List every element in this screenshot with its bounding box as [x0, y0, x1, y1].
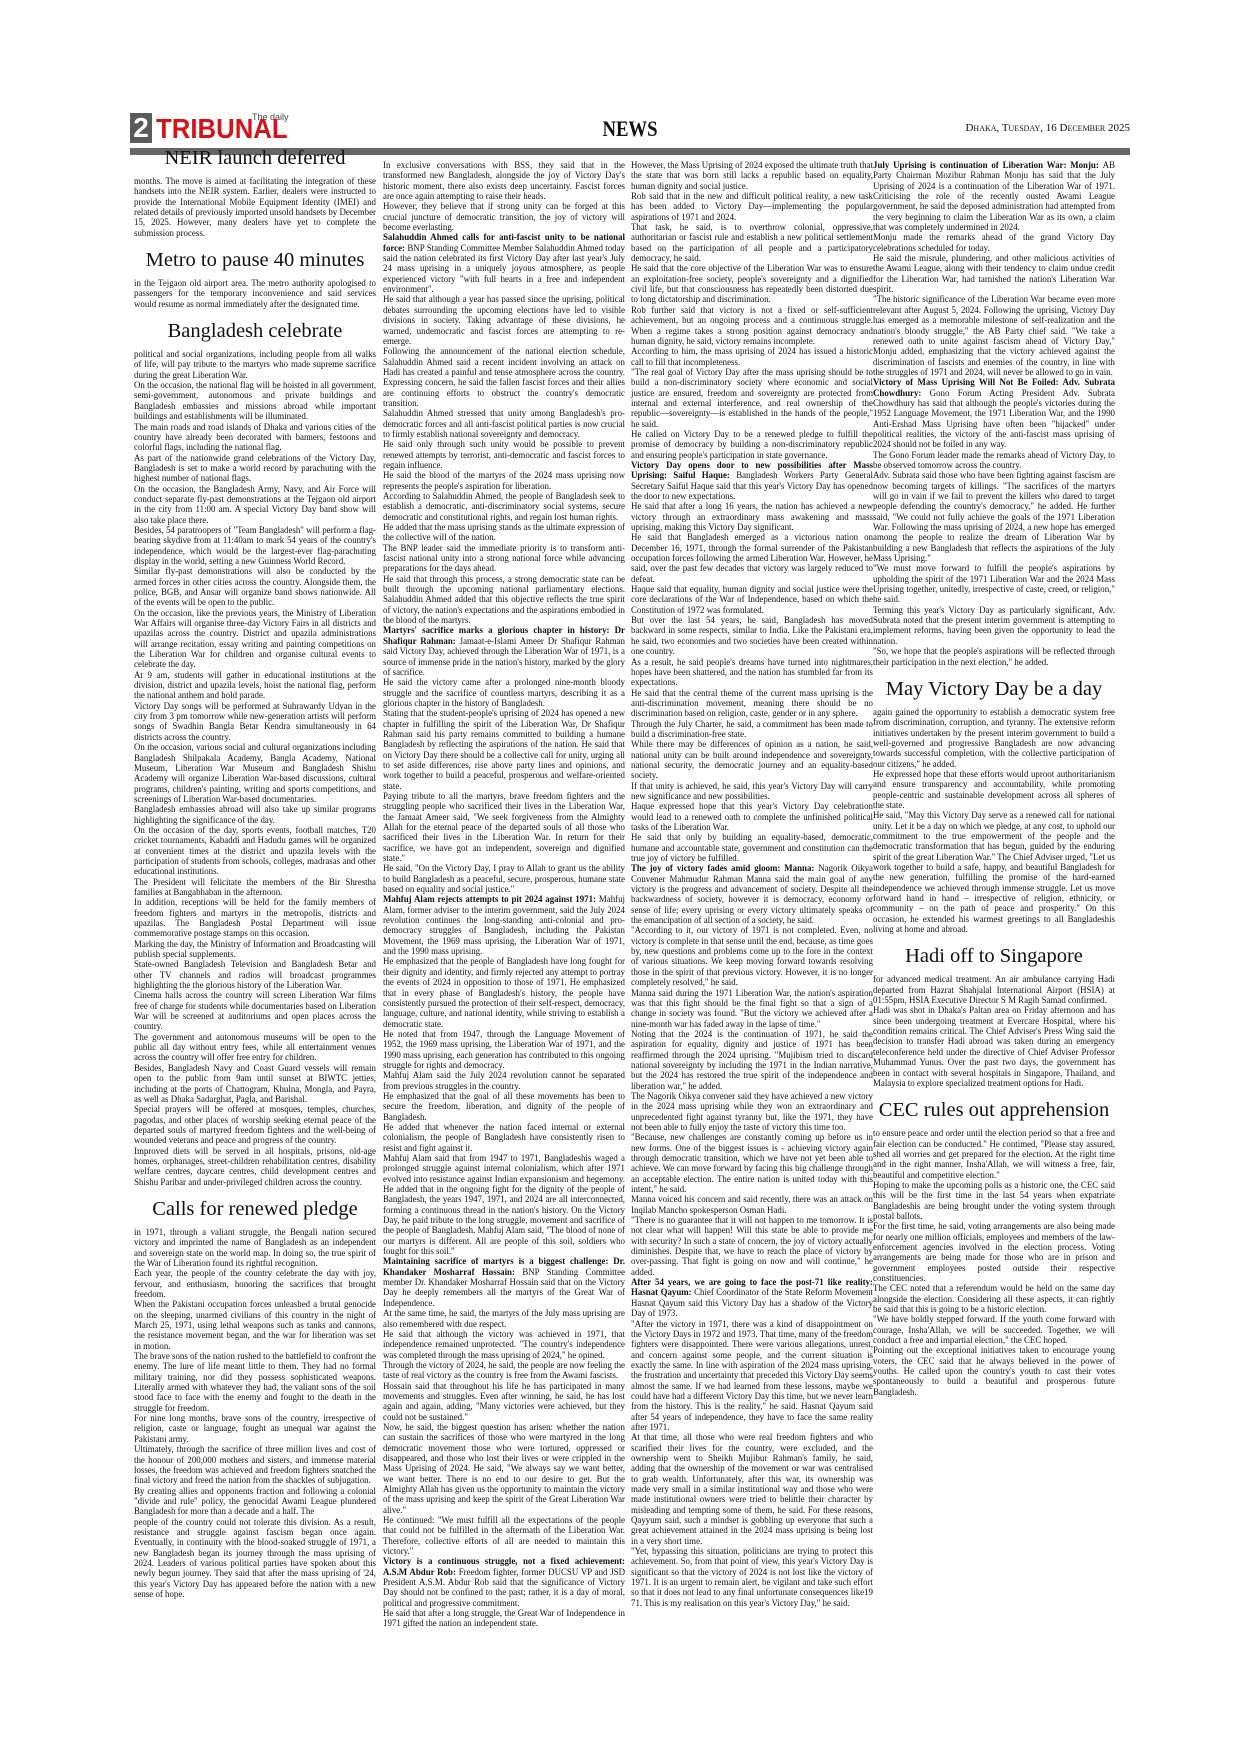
- article-paragraph: again gained the opportunity to establis…: [873, 707, 1115, 769]
- article-paragraph: "Because, new challenges are constantly …: [631, 1132, 873, 1194]
- article-paragraph: Mahfuj Alam rejects attempts to pit 2024…: [383, 894, 625, 956]
- column-3: However, the Mass Uprising of 2024 expos…: [631, 160, 873, 1608]
- article-paragraph: in 1971, through a valiant struggle, the…: [134, 1227, 376, 1268]
- article-paragraph: As a result, he said people's dreams hav…: [631, 657, 873, 688]
- article-paragraph: For nine long months, brave sons of the …: [134, 1413, 376, 1444]
- article-paragraph: On the occasion of the day, sports event…: [134, 825, 376, 877]
- article-paragraph: He expressed hope that these efforts wou…: [873, 769, 1115, 810]
- article-paragraph: Besides, Bangladesh Navy and Coast Guard…: [134, 1063, 376, 1104]
- article-paragraph: Salahuddin Ahmed stressed that unity amo…: [383, 408, 625, 439]
- article-headline: Calls for renewed pledge: [134, 1197, 376, 1221]
- article-paragraph: Besides, 54 paratroopers of "Team Bangla…: [134, 525, 376, 566]
- article-paragraph: He continued: "We must fulfill all the e…: [383, 1515, 625, 1556]
- article-paragraph: Noting that the 2024 is the continuation…: [631, 1029, 873, 1091]
- article-paragraph: He said only through such unity would be…: [383, 439, 625, 470]
- subhead: July Uprising is continuation of Liberat…: [873, 160, 1103, 170]
- article-paragraph: Mahfuj Alam said the July 2024 revolutio…: [383, 1070, 625, 1091]
- article-paragraph: The BNP leader said the immediate priori…: [383, 543, 625, 574]
- article-paragraph: He said that after a long 16 years, the …: [631, 501, 873, 532]
- article-paragraph: He said that only by building an equalit…: [631, 832, 873, 863]
- article-paragraph: Rob further said that victory is not a f…: [631, 305, 873, 346]
- article-paragraph: Improved diets will be served in all hos…: [134, 1146, 376, 1187]
- article-paragraph: He said the blood of the martyrs of the …: [383, 470, 625, 491]
- article-paragraph: Bangladesh embassies abroad will also ta…: [134, 804, 376, 825]
- article-paragraph: Martyrs' sacrifice marks a glorious chap…: [383, 625, 625, 677]
- column-2: In exclusive conversations with BSS, the…: [383, 160, 625, 1629]
- article-paragraph: But over the last 54 years, he said, Ban…: [631, 615, 873, 656]
- article-paragraph: Through the July Charter, he said, a com…: [631, 719, 873, 740]
- article-paragraph: State-owned Bangladesh Television and Ba…: [134, 959, 376, 990]
- article-paragraph: That task, he said, is to overthrow colo…: [631, 222, 873, 263]
- article-paragraph: people of the country could not tolerate…: [134, 1517, 376, 1600]
- article-paragraph: He emphasized that the goal of all these…: [383, 1091, 625, 1122]
- dateline: Dhaka, Tuesday, 16 December 2025: [965, 122, 1130, 134]
- masthead: 2 The daily TRIBUNAL NEWS Dhaka, Tuesday…: [130, 108, 1130, 148]
- article-paragraph: Rob said that in the new and difficult p…: [631, 191, 873, 222]
- article-paragraph: The President will felicitate the member…: [134, 877, 376, 898]
- article-paragraph: On the occasion, like the previous years…: [134, 608, 376, 670]
- section-title: NEWS: [205, 116, 1055, 142]
- article-paragraph: Terming this year's Victory Day as parti…: [873, 605, 1115, 646]
- article-paragraph: Adv. Subrata said those who have been fi…: [873, 470, 1115, 563]
- article-paragraph: On the occasion, the Bangladesh Army, Na…: [134, 484, 376, 525]
- article-paragraph: in the Tejgaon old airport area. The met…: [134, 278, 376, 309]
- article-paragraph: Each year, the people of the country cel…: [134, 1268, 376, 1299]
- article-paragraph: Hossain said that throughout his life he…: [383, 1381, 625, 1422]
- article-paragraph: He said that the core objective of the L…: [631, 263, 873, 304]
- article-paragraph: However, they believe that if strong uni…: [383, 201, 625, 232]
- article-headline: Metro to pause 40 minutes: [134, 248, 376, 272]
- article-paragraph: "We must move forward to fulfill the peo…: [873, 563, 1115, 604]
- article-paragraph: Hoping to make the upcoming polls as a h…: [873, 1180, 1115, 1221]
- article-paragraph: for advanced medical treatment. An air a…: [873, 974, 1115, 1005]
- article-paragraph: He said the misrule, plundering, and oth…: [873, 253, 1115, 294]
- article-paragraph: The brave sons of the nation rushed to t…: [134, 1351, 376, 1413]
- article-paragraph: "The historic significance of the Libera…: [873, 294, 1115, 377]
- article-paragraph: He said that after a long struggle, the …: [383, 1608, 625, 1629]
- article-paragraph: He added that the mass uprising stands a…: [383, 522, 625, 543]
- article-paragraph: Special prayers will be offered at mosqu…: [134, 1104, 376, 1145]
- column-4: July Uprising is continuation of Liberat…: [873, 160, 1115, 1397]
- article-paragraph: "There is no guarantee that it will not …: [631, 1215, 873, 1277]
- article-paragraph: Victory of Mass Uprising Will Not Be Foi…: [873, 377, 1115, 449]
- article-paragraph: Now, he said, the biggest question has a…: [383, 1422, 625, 1515]
- article-paragraph: Salahuddin Ahmed calls for anti-fascist …: [383, 232, 625, 294]
- article-paragraph: Haque expressed hope that this year's Vi…: [631, 801, 873, 832]
- article-paragraph: On the occasion, the national flag will …: [134, 380, 376, 421]
- article-paragraph: The main roads and road islands of Dhaka…: [134, 422, 376, 453]
- article-paragraph: Similar fly-past demonstrations will als…: [134, 566, 376, 607]
- article-paragraph: political and social organizations, incl…: [134, 349, 376, 380]
- article-headline: NEIR launch deferred: [134, 146, 376, 170]
- article-paragraph: "According to it, our victory of 1971 is…: [631, 925, 873, 987]
- article-paragraph: He said the victory came after a prolong…: [383, 677, 625, 708]
- article-paragraph: The government and autonomous museums wi…: [134, 1032, 376, 1063]
- article-paragraph: Marking the day, the Ministry of Informa…: [134, 939, 376, 960]
- article-paragraph: At the same time, he said, the martyrs o…: [383, 1308, 625, 1329]
- article-paragraph: As part of the nationwide grand celebrat…: [134, 453, 376, 484]
- article-paragraph: He emphasized that the people of Banglad…: [383, 956, 625, 1028]
- article-paragraph: Monju made the remarks ahead of the gran…: [873, 232, 1115, 253]
- page-number: 2: [130, 113, 152, 143]
- article-paragraph: He said that through this process, a str…: [383, 574, 625, 626]
- article-paragraph: months. The move is aimed at facilitatin…: [134, 176, 376, 238]
- article-paragraph: When the Pakistani occupation forces unl…: [134, 1299, 376, 1351]
- article-paragraph: The joy of victory fades amid gloom: Man…: [631, 863, 873, 925]
- article-paragraph: On the occasion, various social and cult…: [134, 742, 376, 804]
- article-paragraph: Cinema halls across the country will scr…: [134, 990, 376, 1031]
- article-paragraph: "We have boldly stepped forward. If the …: [873, 1314, 1115, 1345]
- article-paragraph: Stating that the student-people's uprisi…: [383, 708, 625, 791]
- article-paragraph: After 54 years, we are going to face the…: [631, 1277, 873, 1318]
- article-paragraph: According to Salahuddin Ahmed, the peopl…: [383, 491, 625, 522]
- article-paragraph: He said, "May this Victory Day serve as …: [873, 810, 1115, 934]
- article-paragraph: Paying tribute to all the martyrs, brave…: [383, 791, 625, 863]
- article-paragraph: Manna voiced his concern and said recent…: [631, 1194, 873, 1215]
- subhead: The joy of victory fades amid gloom: Man…: [631, 863, 818, 873]
- article-headline: Bangladesh celebrate: [134, 319, 376, 343]
- article-headline: Hadi off to Singapore: [873, 944, 1115, 968]
- article-paragraph: He called on Victory Day to be a renewed…: [631, 429, 873, 460]
- article-paragraph: While there may be differences of opinio…: [631, 739, 873, 780]
- article-paragraph: He noted that from 1947, through the Lan…: [383, 1029, 625, 1070]
- article-paragraph: He said that although the victory was ac…: [383, 1329, 625, 1360]
- article-paragraph: He said that the central theme of the cu…: [631, 688, 873, 719]
- article-paragraph: If that unity is achieved, he said, this…: [631, 781, 873, 802]
- column-1: NEIR launch deferredmonths. The move is …: [134, 160, 376, 1599]
- article-paragraph: Through the victory of 2024, he said, th…: [383, 1360, 625, 1381]
- article-paragraph: Pointing out the exceptional initiatives…: [873, 1345, 1115, 1397]
- article-paragraph: Victory is a continuous struggle, not a …: [383, 1556, 625, 1608]
- article-paragraph: For the first time, he said, voting arra…: [873, 1221, 1115, 1283]
- article-paragraph: "After the victory in 1971, there was a …: [631, 1319, 873, 1433]
- article-headline: CEC rules out apprehension: [873, 1098, 1115, 1122]
- article-paragraph: In addition, receptions will be held for…: [134, 897, 376, 938]
- article-paragraph: "Yet, bypassing this situation, politici…: [631, 1546, 873, 1608]
- article-paragraph: Ultimately, through the sacrifice of thr…: [134, 1444, 376, 1485]
- article-paragraph: He said that Bangladesh emerged as a vic…: [631, 532, 873, 584]
- article-paragraph: By creating allies and opponents fractio…: [134, 1486, 376, 1517]
- subhead: Mahfuj Alam rejects attempts to pit 2024…: [383, 894, 599, 904]
- article-paragraph: Haque said that equality, human dignity …: [631, 584, 873, 615]
- article-paragraph: Victory Day songs will be performed at S…: [134, 701, 376, 742]
- article-paragraph: Hadi was shot in Dhaka's Paltan area on …: [873, 1005, 1115, 1088]
- article-paragraph: At that time, all those who were real fr…: [631, 1432, 873, 1546]
- article-paragraph: The CEC noted that a referendum would be…: [873, 1283, 1115, 1314]
- article-paragraph: He said, "On the Victory Day, I pray to …: [383, 863, 625, 894]
- article-paragraph: At 9 am, students will gather in educati…: [134, 670, 376, 701]
- article-paragraph: July Uprising is continuation of Liberat…: [873, 160, 1115, 232]
- article-paragraph: "So, we hope that the people's aspiratio…: [873, 646, 1115, 667]
- article-paragraph: He added that whenever the nation faced …: [383, 1122, 625, 1153]
- article-paragraph: Mahfuj Alam said that from 1947 to 1971,…: [383, 1153, 625, 1256]
- article-headline: May Victory Day be a day: [873, 677, 1115, 701]
- article-paragraph: Following the announcement of the nation…: [383, 346, 625, 408]
- article-paragraph: However, the Mass Uprising of 2024 expos…: [631, 160, 873, 191]
- article-paragraph: Maintaining sacrifice of martyrs is a bi…: [383, 1256, 625, 1308]
- article-paragraph: He said that although a year has passed …: [383, 294, 625, 346]
- article-paragraph: "The real goal of Victory Day after the …: [631, 367, 873, 429]
- article-paragraph: to ensure peace and order until the elec…: [873, 1128, 1115, 1180]
- article-paragraph: Victory Day opens door to new possibilit…: [631, 460, 873, 501]
- article-paragraph: The Gono Forum leader made the remarks a…: [873, 450, 1115, 471]
- article-paragraph: Manna said during the 1971 Liberation Wa…: [631, 988, 873, 1029]
- article-paragraph: The Nagorik Oikya convener said they hav…: [631, 1091, 873, 1132]
- article-paragraph: In exclusive conversations with BSS, the…: [383, 160, 625, 201]
- article-paragraph: According to him, the mass uprising of 2…: [631, 346, 873, 367]
